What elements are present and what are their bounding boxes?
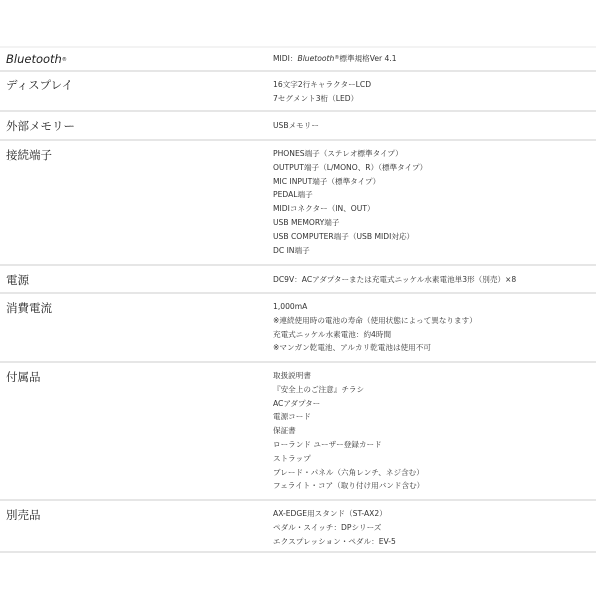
- spec-value: ストラップ: [273, 452, 596, 466]
- spec-value: フェライト・コア（取り付け用バンド含む）: [273, 479, 596, 493]
- spec-row-optional-items: 別売品 AX-EDGE用スタンド（ST-AX2） ペダル・スイッチ：DPシリーズ…: [0, 501, 596, 553]
- spec-value: USB COMPUTER端子（USB MIDI対応）: [273, 230, 596, 244]
- spec-value: 充電式ニッケル水素電池：約4時間: [273, 328, 596, 342]
- spec-label: 接続端子: [0, 141, 256, 264]
- spec-value: 『安全上のご注意』チラシ: [273, 383, 596, 397]
- registered-mark: ®: [62, 57, 67, 63]
- spec-row-power: 電源 DC9V：ACアダプターまたは充電式ニッケル水素電池単3形（別売）×8: [0, 266, 596, 294]
- spec-values: USBメモリー: [256, 112, 596, 139]
- spec-value: ペダル・スイッチ：DPシリーズ: [273, 521, 596, 535]
- spec-table: Bluetooth® MIDI：Bluetooth®標準規格Ver 4.1 ディ…: [0, 46, 596, 553]
- spec-value: PHONES端子（ステレオ標準タイプ）: [273, 147, 596, 161]
- spec-value: 16文字2行キャラクターLCD: [273, 78, 596, 92]
- spec-values: 16文字2行キャラクターLCD 7セグメント3桁（LED）: [256, 72, 596, 110]
- spec-value: DC9V：ACアダプターまたは充電式ニッケル水素電池単3形（別売）×8: [273, 273, 596, 287]
- spec-value: ブレード・パネル（六角レンチ、ネジ含む）: [273, 466, 596, 480]
- spec-row-current-draw: 消費電流 1,000mA ※連続使用時の電池の寿命（使用状態によって異なります）…: [0, 294, 596, 363]
- spec-value: MIDIコネクター（IN、OUT）: [273, 202, 596, 216]
- value-suffix: 標準規格Ver 4.1: [339, 54, 396, 63]
- spec-value: 電源コード: [273, 410, 596, 424]
- spec-row-connectors: 接続端子 PHONES端子（ステレオ標準タイプ） OUTPUT端子（L/MONO…: [0, 141, 596, 266]
- spec-row-external-memory: 外部メモリー USBメモリー: [0, 112, 596, 141]
- spec-label: 外部メモリー: [0, 112, 256, 139]
- spec-values: MIDI：Bluetooth®標準規格Ver 4.1: [256, 48, 596, 70]
- spec-value: ローランド ユーザー登録カード: [273, 438, 596, 452]
- spec-label: Bluetooth®: [0, 48, 256, 70]
- spec-value: エクスプレッション・ペダル：EV-5: [273, 535, 596, 549]
- label-text: Bluetooth: [6, 52, 62, 66]
- spec-value: MIC INPUT端子（標準タイプ）: [273, 175, 596, 189]
- spec-label: 別売品: [0, 501, 256, 551]
- spec-value: PEDAL端子: [273, 188, 596, 202]
- spec-label: 電源: [0, 266, 256, 292]
- spec-value: AX-EDGE用スタンド（ST-AX2）: [273, 507, 596, 521]
- spec-value: 1,000mA: [273, 300, 596, 314]
- spec-value: USB MEMORY端子: [273, 216, 596, 230]
- spec-value: 取扱説明書: [273, 369, 596, 383]
- spec-value: 保証書: [273, 424, 596, 438]
- spec-label: 消費電流: [0, 294, 256, 361]
- spec-row-display: ディスプレイ 16文字2行キャラクターLCD 7セグメント3桁（LED）: [0, 72, 596, 112]
- value-italic: Bluetooth: [297, 54, 334, 63]
- spec-values: 1,000mA ※連続使用時の電池の寿命（使用状態によって異なります） 充電式ニ…: [256, 294, 596, 361]
- spec-values: 取扱説明書 『安全上のご注意』チラシ ACアダプター 電源コード 保証書 ローラ…: [256, 363, 596, 499]
- spec-value: ※マンガン乾電池、アルカリ乾電池は使用不可: [273, 341, 596, 355]
- spec-values: DC9V：ACアダプターまたは充電式ニッケル水素電池単3形（別売）×8: [256, 266, 596, 292]
- spec-values: AX-EDGE用スタンド（ST-AX2） ペダル・スイッチ：DPシリーズ エクス…: [256, 501, 596, 551]
- spec-value: OUTPUT端子（L/MONO、R）（標準タイプ）: [273, 161, 596, 175]
- spec-value: 7セグメント3桁（LED）: [273, 92, 596, 106]
- spec-row-accessories: 付属品 取扱説明書 『安全上のご注意』チラシ ACアダプター 電源コード 保証書…: [0, 363, 596, 501]
- spec-value: USBメモリー: [273, 119, 596, 133]
- spec-value: ACアダプター: [273, 397, 596, 411]
- spec-value: MIDI：Bluetooth®標準規格Ver 4.1: [273, 52, 596, 66]
- value-prefix: MIDI：: [273, 54, 297, 63]
- spec-value: ※連続使用時の電池の寿命（使用状態によって異なります）: [273, 314, 596, 328]
- spec-label: ディスプレイ: [0, 72, 256, 110]
- spec-row-bluetooth: Bluetooth® MIDI：Bluetooth®標準規格Ver 4.1: [0, 48, 596, 72]
- spec-values: PHONES端子（ステレオ標準タイプ） OUTPUT端子（L/MONO、R）（標…: [256, 141, 596, 264]
- spec-value: DC IN端子: [273, 244, 596, 258]
- spec-label: 付属品: [0, 363, 256, 499]
